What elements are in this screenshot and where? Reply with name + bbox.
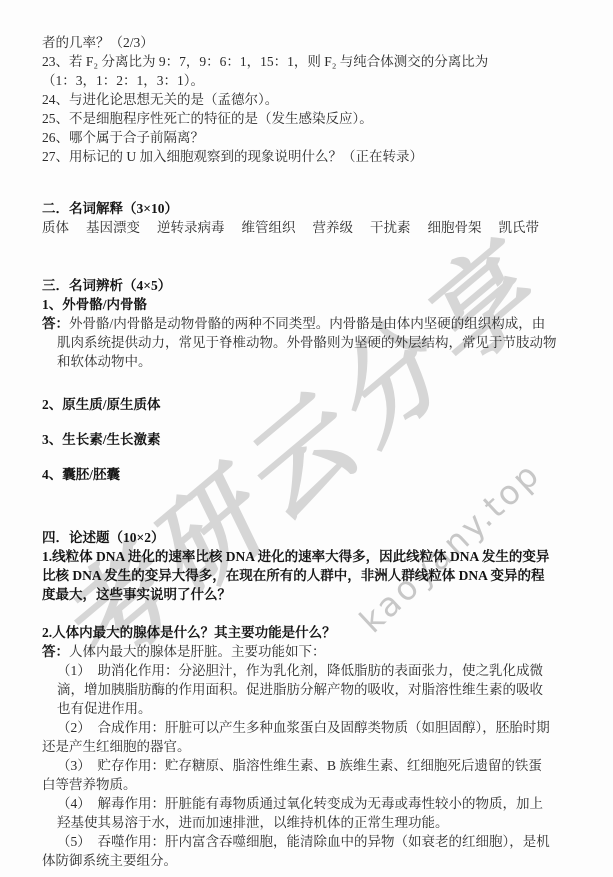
spacer [42,166,577,199]
comparison-item-4-title: 4、囊胚/胚囊 [42,465,577,484]
essay-q1-line: 1.线粒体 DNA 进化的速率比核 DNA 进化的速率大得多，因此线粒体 DNA… [42,547,577,566]
glossary-term: 质体 [42,220,69,235]
answer-line: 肌肉系统提供动力，常见于脊椎动物。外骨骼则为坚硬的外层结构，常见于节肢动物 [42,333,577,352]
glossary-term: 凯氏带 [499,220,540,235]
liver-function-line: 白等营养物质。 [42,775,577,794]
liver-function-line: 滴，增加胰脂肪酶的作用面积。促进脂肪分解产物的吸收，对脂溶性维生素的吸收 [42,680,577,699]
liver-function-line: 也有促进作用。 [42,699,577,718]
spacer [42,484,577,528]
question-tail-line: 者的几率？（2/3） [42,33,577,52]
liver-function-line: （2） 合成作用：肝脏可以产生多种血浆蛋白及固醇类物质（如胆固醇），胚胎时期 [42,718,577,737]
spacer [42,371,577,395]
comparison-item-3-title: 3、生长素/生长激素 [42,430,577,449]
section-heading-essay: 四．论述题（10×2） [42,528,577,547]
answer-line: 答：外骨骼/内骨骼是动物骨骼的两种不同类型。内骨骼是由体内坚硬的组织构成，由 [42,314,577,333]
essay-q2-title: 2.人体内最大的腺体是什么？其主要功能是什么？ [42,623,577,642]
liver-function-line: （3） 贮存作用：贮存糖原、脂溶性维生素、B 族维生素、红细胞死后遗留的铁蛋 [42,756,577,775]
liver-function-line: 羟基使其易溶于水，进而加速排泄，以维持机体的正常生理功能。 [42,813,577,832]
question-line-26: 26、哪个属于合子前隔离？ [42,128,577,147]
glossary-term: 营养级 [313,220,354,235]
answer-line: 和软体动物中。 [42,352,577,371]
question-line-25: 25、不是细胞程序性死亡的特征的是（发生感染反应）。 [42,109,577,128]
section-heading-glossary: 二．名词解释（3×10） [42,199,577,218]
comparison-item-2-title: 2、原生质/原生质体 [42,395,577,414]
spacer [42,604,577,623]
question-line-24: 24、与进化论思想无关的是（孟德尔）。 [42,90,577,109]
comparison-item-1-title: 1、外骨骼/内骨骼 [42,295,577,314]
essay-q1-line: 度最大，这些事实说明了什么？ [42,585,577,604]
liver-function-line: （1） 助消化作用：分泌胆汁，作为乳化剂，降低脂肪的表面张力，使之乳化成微 [42,661,577,680]
section-heading-comparison: 三．名词辨析（4×5） [42,276,577,295]
answer-line: 答：人体内最大的腺体是肝脏。主要功能如下： [42,642,577,661]
glossary-term: 基因漂变 [86,220,140,235]
spacer [42,449,577,465]
liver-function-line: 还是产生红细胞的器官。 [42,737,577,756]
liver-function-line: （4） 解毒作用：肝脏能有毒物质通过氧化转变成为无毒或毒性较小的物质，加上 [42,794,577,813]
question-line-23-cont: （1：3，1：2：1，3：1）。 [42,71,577,90]
question-line-23: 23、若 F₂ 分离比为 9：7，9：6：1，15：1，则 F₂ 与纯合体测交的… [42,52,577,71]
answer-prefix: 答： [42,316,69,331]
spacer [42,414,577,430]
glossary-term: 干扰素 [370,220,411,235]
document-content: 者的几率？（2/3） 23、若 F₂ 分离比为 9：7，9：6：1，15：1，则… [0,0,613,870]
glossary-term: 逆转录病毒 [157,220,225,235]
glossary-term: 维管组织 [242,220,296,235]
answer-text: 人体内最大的腺体是肝脏。主要功能如下： [69,644,326,659]
glossary-terms-row: 质体基因漂变逆转录病毒维管组织营养级干扰素细胞骨架凯氏带 [42,218,577,237]
answer-text: 外骨骼/内骨骼是动物骨骼的两种不同类型。内骨骼是由体内坚硬的组织构成，由 [69,316,545,331]
glossary-term: 细胞骨架 [428,220,482,235]
essay-q1-line: 比核 DNA 发生的变异大得多，在现在所有的人群中，非洲人群线粒体 DNA 变异… [42,566,577,585]
exam-answers-page: 考研云分享 kaoyany.top 者的几率？（2/3） 23、若 F₂ 分离比… [0,0,613,877]
question-line-27: 27、用标记的 U 加入细胞观察到的现象说明什么？（正在转录） [42,147,577,166]
liver-function-line: （5） 吞噬作用：肝内富含吞噬细胞，能清除血中的异物（如衰老的红细胞），是机 [42,832,577,851]
liver-function-line: 体防御系统主要组分。 [42,851,577,870]
spacer [42,237,577,276]
answer-prefix: 答： [42,644,69,659]
